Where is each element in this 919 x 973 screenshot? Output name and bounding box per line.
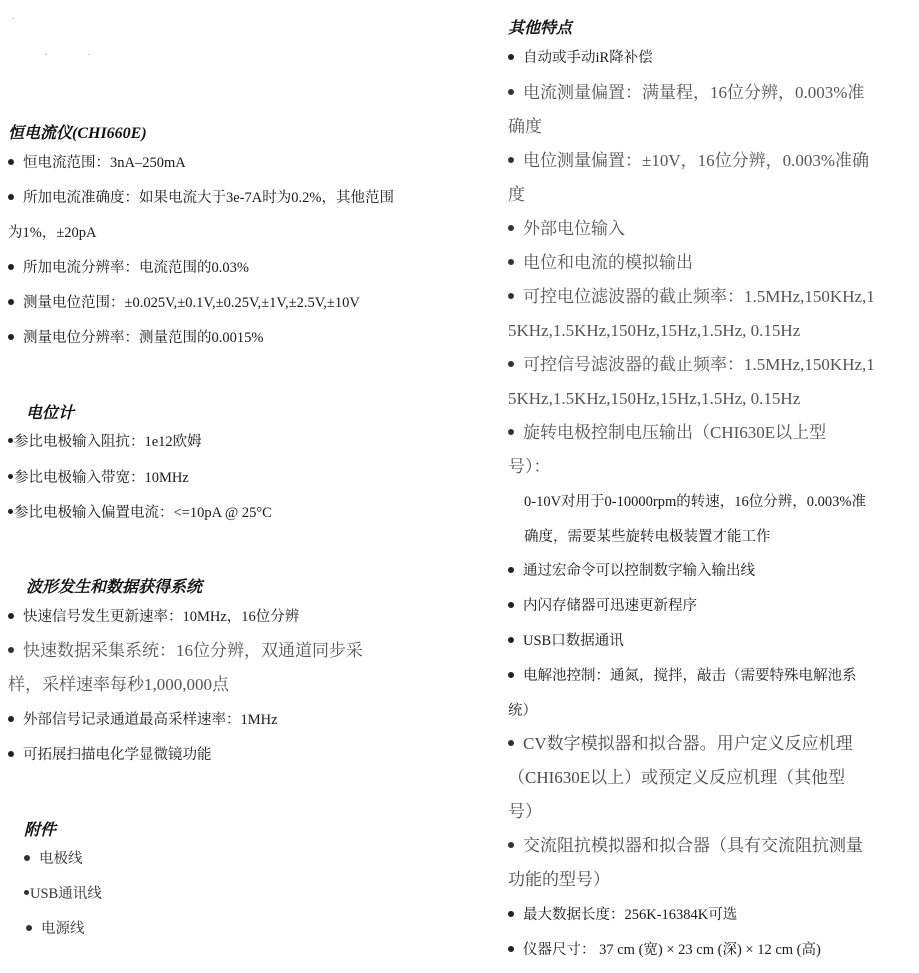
list-item: 所加电流准确度：如果电流大于3e-7A时为0.2%，其他范围	[8, 188, 394, 208]
bullet-icon	[508, 842, 514, 848]
artifact-speck	[45, 54, 47, 55]
list-item: 参比电极输入偏置电流：<=10pA @ 25°C	[8, 503, 272, 523]
list-item: 可控信号滤波器的截止频率：1.5MHz,150KHz,1	[508, 355, 875, 375]
list-item-continuation: 5KHz,1.5KHz,150Hz,15Hz,1.5Hz, 0.15Hz	[508, 321, 800, 341]
list-item: 电源线	[26, 919, 85, 939]
list-item: 旋转电极控制电压输出（CHI630E以上型	[508, 423, 826, 443]
list-item: 电流测量偏置：满量程，16位分辨，0.003%准	[508, 83, 864, 103]
bullet-icon	[508, 911, 514, 917]
list-item: 测量电位范围：±0.025V,±0.1V,±0.25V,±1V,±2.5V,±1…	[8, 293, 360, 313]
bullet-icon	[8, 716, 14, 722]
list-item: 自动或手动iR降补偿	[508, 48, 653, 68]
bullet-icon	[8, 474, 13, 479]
list-item-continuation: 号）	[508, 802, 542, 822]
bullet-icon	[24, 855, 30, 861]
bullet-icon	[8, 751, 14, 757]
bullet-icon	[508, 89, 514, 95]
bullet-icon	[508, 54, 514, 60]
bullet-icon	[508, 567, 514, 573]
list-item: 电极线	[24, 849, 83, 869]
bullet-icon	[8, 509, 13, 514]
list-item-continuation: （CHI630E以上）或预定义反应机理（其他型	[508, 768, 845, 788]
bullet-icon	[8, 194, 14, 200]
bullet-icon	[508, 740, 514, 746]
list-item-subtext: 确度，需要某些旋转电极装置才能工作	[524, 527, 771, 547]
list-item: 通过宏命令可以控制数字输入输出线	[508, 561, 755, 581]
section-title-accessories: 附件	[24, 817, 56, 840]
list-item: 快速数据采集系统：16位分辨，双通道同步采	[8, 641, 363, 661]
bullet-icon	[8, 647, 14, 653]
list-item: 外部信号记录通道最高采样速率：1MHz	[8, 710, 278, 730]
section-title-potentiometer: 电位计	[26, 400, 74, 423]
section-title-waveform: 波形发生和数据获得系统	[26, 574, 202, 597]
list-item: 所加电流分辨率：电流范围的0.03%	[8, 258, 249, 278]
section-title-other-features: 其他特点	[508, 15, 572, 38]
bullet-icon	[508, 602, 514, 608]
bullet-icon	[508, 637, 514, 643]
bullet-icon	[508, 225, 514, 231]
section-title-galvanostat: 恒电流仪(CHI660E)	[8, 120, 147, 143]
list-item: 最大数据长度：256K-16384K可选	[508, 905, 737, 925]
list-item: 可控电位滤波器的截止频率：1.5MHz,150KHz,1	[508, 287, 875, 307]
bullet-icon	[508, 361, 514, 367]
bullet-icon	[508, 672, 514, 678]
bullet-icon	[8, 299, 14, 305]
list-item: 仪器尺寸： 37 cm (宽) × 23 cm (深) × 12 cm (高)	[508, 940, 821, 960]
list-item-continuation: 为1%，±20pA	[8, 223, 97, 243]
bullet-icon	[508, 293, 514, 299]
list-item: 电位和电流的模拟输出	[508, 253, 693, 273]
list-item: 电解池控制：通氮，搅拌，敲击（需要特殊电解池系	[508, 666, 857, 686]
list-item: 外部电位输入	[508, 219, 625, 239]
list-item-continuation: 样，采样速率每秒1,000,000点	[8, 675, 229, 695]
artifact-speck	[88, 54, 90, 55]
list-item: 内闪存储器可迅速更新程序	[508, 596, 697, 616]
list-item-continuation: 确度	[508, 117, 542, 137]
list-item: 快速信号发生更新速率：10MHz，16位分辨	[8, 607, 299, 627]
list-item-continuation: 号）：	[508, 457, 551, 477]
bullet-icon	[8, 334, 14, 340]
artifact-speck	[12, 18, 14, 19]
list-item: 电位测量偏置：±10V，16位分辨，0.003%准确	[508, 151, 869, 171]
list-item-continuation: 功能的型号）	[508, 870, 610, 890]
list-item-continuation: 度	[508, 185, 525, 205]
bullet-icon	[8, 613, 14, 619]
list-item: 恒电流范围：3nA–250mA	[8, 153, 186, 173]
list-item: 参比电极输入带宽：10MHz	[8, 468, 189, 488]
bullet-icon	[8, 264, 14, 270]
bullet-icon	[24, 890, 29, 895]
list-item: 测量电位分辨率：测量范围的0.0015%	[8, 328, 263, 348]
list-item: USB通讯线	[24, 884, 102, 904]
list-item: CV数字模拟器和拟合器。用户定义反应机理	[508, 734, 853, 754]
bullet-icon	[8, 438, 13, 443]
list-item: 参比电极输入阻抗：1e12欧姆	[8, 432, 202, 452]
list-item-subtext: 0-10V对用于0-10000rpm的转速，16位分辨，0.003%准	[524, 492, 866, 512]
bullet-icon	[508, 429, 514, 435]
list-item: USB口数据通讯	[508, 631, 624, 651]
list-item-continuation: 5KHz,1.5KHz,150Hz,15Hz,1.5Hz, 0.15Hz	[508, 389, 800, 409]
bullet-icon	[508, 157, 514, 163]
list-item: 交流阻抗模拟器和拟合器（具有交流阻抗测量	[508, 836, 863, 856]
bullet-icon	[508, 259, 514, 265]
bullet-icon	[8, 159, 14, 165]
bullet-icon	[26, 925, 32, 931]
list-item: 可拓展扫描电化学显微镜功能	[8, 745, 212, 765]
list-item-continuation: 统）	[508, 701, 537, 721]
bullet-icon	[508, 946, 514, 952]
